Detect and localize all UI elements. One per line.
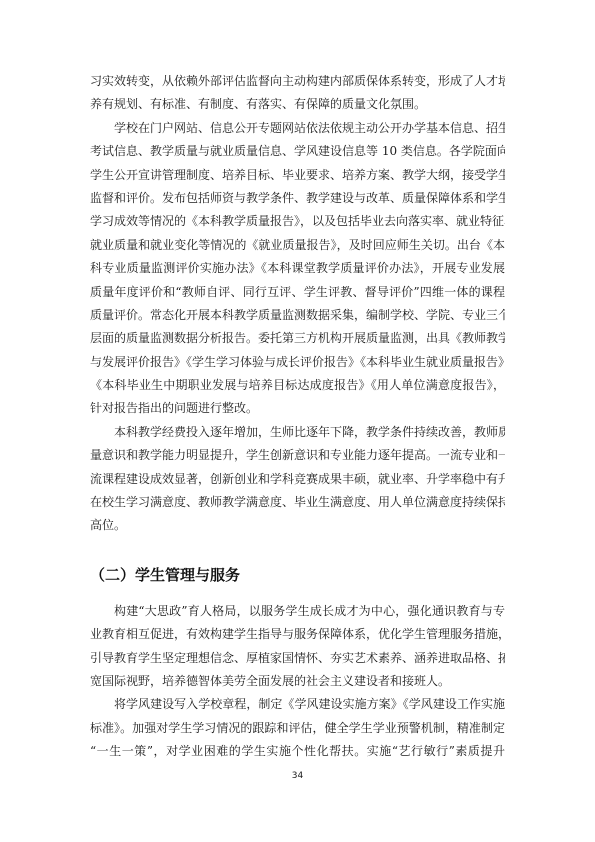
text-line: 高位。 xyxy=(90,514,505,537)
text-line: “一生一策”，对学业困难的学生实施个性化帮扶。实施“艺行敏行”素质提升 xyxy=(90,740,505,763)
text-line: 标准》。加强对学生学习情况的跟踪和评估，健全学生学业预警机制，精准制定 xyxy=(90,717,505,740)
text-line: 考试信息、教学质量与就业质量信息、学风建设信息等 10 类信息。各学院面向 xyxy=(90,140,505,163)
text-line: 监督和评价。发布包括师资与教学条件、教学建设与改革、质量保障体系和学生 xyxy=(90,187,505,210)
text-line: 流课程建设成效显著，创新创业和学科竞赛成果丰硕，就业率、升学率稳中有升， xyxy=(90,468,505,491)
text-line: 在校生学习满意度、教师教学满意度、毕业生满意度、用人单位满意度持续保持 xyxy=(90,491,505,514)
text-line: 将学风建设写入学校章程，制定《学风建设实施方案》《学风建设工作实施 xyxy=(90,693,505,716)
text-line: 学习成效等情况的《本科教学质量报告》，以及包括毕业去向落实率、就业特征、 xyxy=(90,210,505,233)
paragraph: 本科教学经费投入逐年增加，生师比逐年下降，教学条件持续改善，教师质 量意识和教学… xyxy=(90,421,505,538)
text-line: 引导教育学生坚定理想信念、厚植家国情怀、夯实艺术素养、涵养进取品格、拓 xyxy=(90,647,505,670)
text-line: 养有规划、有标准、有制度、有落实、有保障的质量文化氛围。 xyxy=(90,93,505,116)
page-content: 习实效转变，从依赖外部评估监督向主动构建内部质保体系转变，形成了人才培 养有规划… xyxy=(90,70,505,764)
text-line: 《本科毕业生中期职业发展与培养目标达成度报告》《用人单位满意度报告》， xyxy=(90,374,505,397)
text-line: 量意识和教学能力明显提升，学生创新意识和专业能力逐年提高。一流专业和一 xyxy=(90,444,505,467)
text-line: 层面的质量监测数据分析报告。委托第三方机构开展质量监测，出具《教师教学 xyxy=(90,327,505,350)
text-line: 质量评价。常态化开展本科教学质量监测数据采集，编制学校、学院、专业三个 xyxy=(90,304,505,327)
text-line: 业教育相互促进，有效构建学生指导与服务保障体系，优化学生管理服务措施， xyxy=(90,623,505,646)
text-line: 质量年度评价和“教师自评、同行互评、学生评教、督导评价”四维一体的课程 xyxy=(90,281,505,304)
text-line: 习实效转变，从依赖外部评估监督向主动构建内部质保体系转变，形成了人才培 xyxy=(90,70,505,93)
section-heading: （二）学生管理与服务 xyxy=(90,560,505,590)
paragraph: 习实效转变，从依赖外部评估监督向主动构建内部质保体系转变，形成了人才培 养有规划… xyxy=(90,70,505,117)
text-line: 科专业质量监测评价实施办法》《本科课堂教学质量评价办法》，开展专业发展 xyxy=(90,257,505,280)
document-page: 习实效转变，从依赖外部评估监督向主动构建内部质保体系转变，形成了人才培 养有规划… xyxy=(0,0,595,842)
text-line: 与发展评价报告》《学生学习体验与成长评价报告》《本科毕业生就业质量报告》 xyxy=(90,351,505,374)
paragraph: 构建“大思政”育人格局，以服务学生成长成才为中心，强化通识教育与专 业教育相互促… xyxy=(90,600,505,694)
paragraph: 将学风建设写入学校章程，制定《学风建设实施方案》《学风建设工作实施 标准》。加强… xyxy=(90,693,505,763)
text-line: 宽国际视野，培养德智体美劳全面发展的社会主义建设者和接班人。 xyxy=(90,670,505,693)
text-line: 针对报告指出的问题进行整改。 xyxy=(90,397,505,420)
text-line: 学校在门户网站、信息公开专题网站依法依规主动公开办学基本信息、招生 xyxy=(90,117,505,140)
text-line: 本科教学经费投入逐年增加，生师比逐年下降，教学条件持续改善，教师质 xyxy=(90,421,505,444)
page-number: 34 xyxy=(0,769,595,783)
text-line: 学生公开宣讲管理制度、培养目标、毕业要求、培养方案、教学大纲，接受学生 xyxy=(90,164,505,187)
text-line: 构建“大思政”育人格局，以服务学生成长成才为中心，强化通识教育与专 xyxy=(90,600,505,623)
text-line: 就业质量和就业变化等情况的《就业质量报告》，及时回应师生关切。出台《本 xyxy=(90,234,505,257)
paragraph: 学校在门户网站、信息公开专题网站依法依规主动公开办学基本信息、招生 考试信息、教… xyxy=(90,117,505,421)
